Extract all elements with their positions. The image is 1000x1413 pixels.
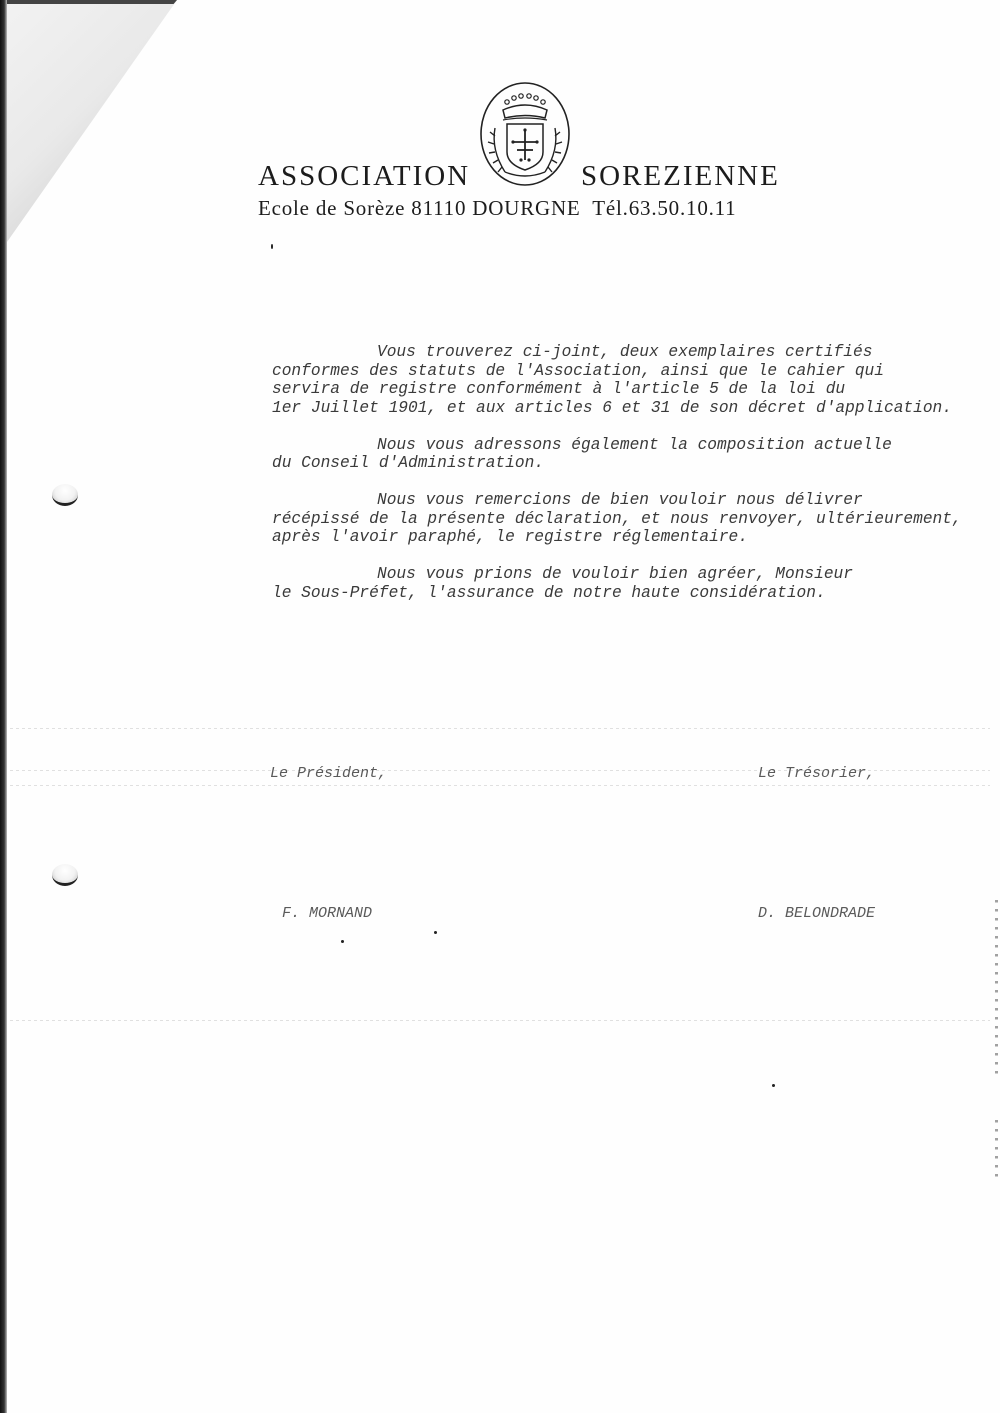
scanned-letter-page: ASSOCIATION SOREZIENNE Ecole de Sorèze 8… <box>0 0 1000 1413</box>
scan-artifact-line <box>10 1020 990 1021</box>
scan-artifact-line <box>10 785 990 786</box>
folded-corner-edge <box>7 0 177 4</box>
paragraph-receipt-request: Nous vous remercions de bien vouloir nou… <box>272 491 992 547</box>
paragraph-board-composition: Nous vous adressons également la composi… <box>272 436 992 473</box>
punch-hole-top <box>52 484 78 506</box>
paragraph-closing: Nous vous prions de vouloir bien agréer,… <box>272 565 992 602</box>
coat-of-arms-emblem <box>477 80 573 188</box>
paragraph-text: Nous vous remercions de bien vouloir nou… <box>272 491 962 546</box>
association-address: Ecole de Sorèze 81110 DOURGNE Tél.63.50.… <box>258 196 737 221</box>
scan-speck <box>341 940 344 943</box>
paragraph-text: Nous vous prions de vouloir bien agréer,… <box>272 565 853 602</box>
paragraph-text: Nous vous adressons également la composi… <box>272 436 892 473</box>
treasurer-name: D. BELONDRADE <box>758 905 875 922</box>
scan-artifact-line <box>10 728 990 729</box>
scan-right-edge-speckle <box>995 900 998 1080</box>
scan-speck <box>271 244 273 249</box>
scan-left-edge <box>0 0 7 1413</box>
folded-corner <box>7 0 177 242</box>
punch-hole-bottom <box>52 864 78 886</box>
association-name-left: ASSOCIATION <box>258 160 470 193</box>
letter-body: Vous trouverez ci-joint, deux exemplaire… <box>272 343 992 621</box>
scan-speck <box>772 1084 775 1087</box>
scan-right-edge-speckle <box>995 1120 998 1180</box>
treasurer-title: Le Trésorier, <box>758 765 875 782</box>
scan-speck <box>434 931 437 934</box>
president-name: F. MORNAND <box>282 905 372 922</box>
association-name-right: SOREZIENNE <box>581 160 780 193</box>
president-title: Le Président, <box>270 765 387 782</box>
paragraph-enclosures: Vous trouverez ci-joint, deux exemplaire… <box>272 343 992 417</box>
paragraph-text: Vous trouverez ci-joint, deux exemplaire… <box>272 343 952 417</box>
